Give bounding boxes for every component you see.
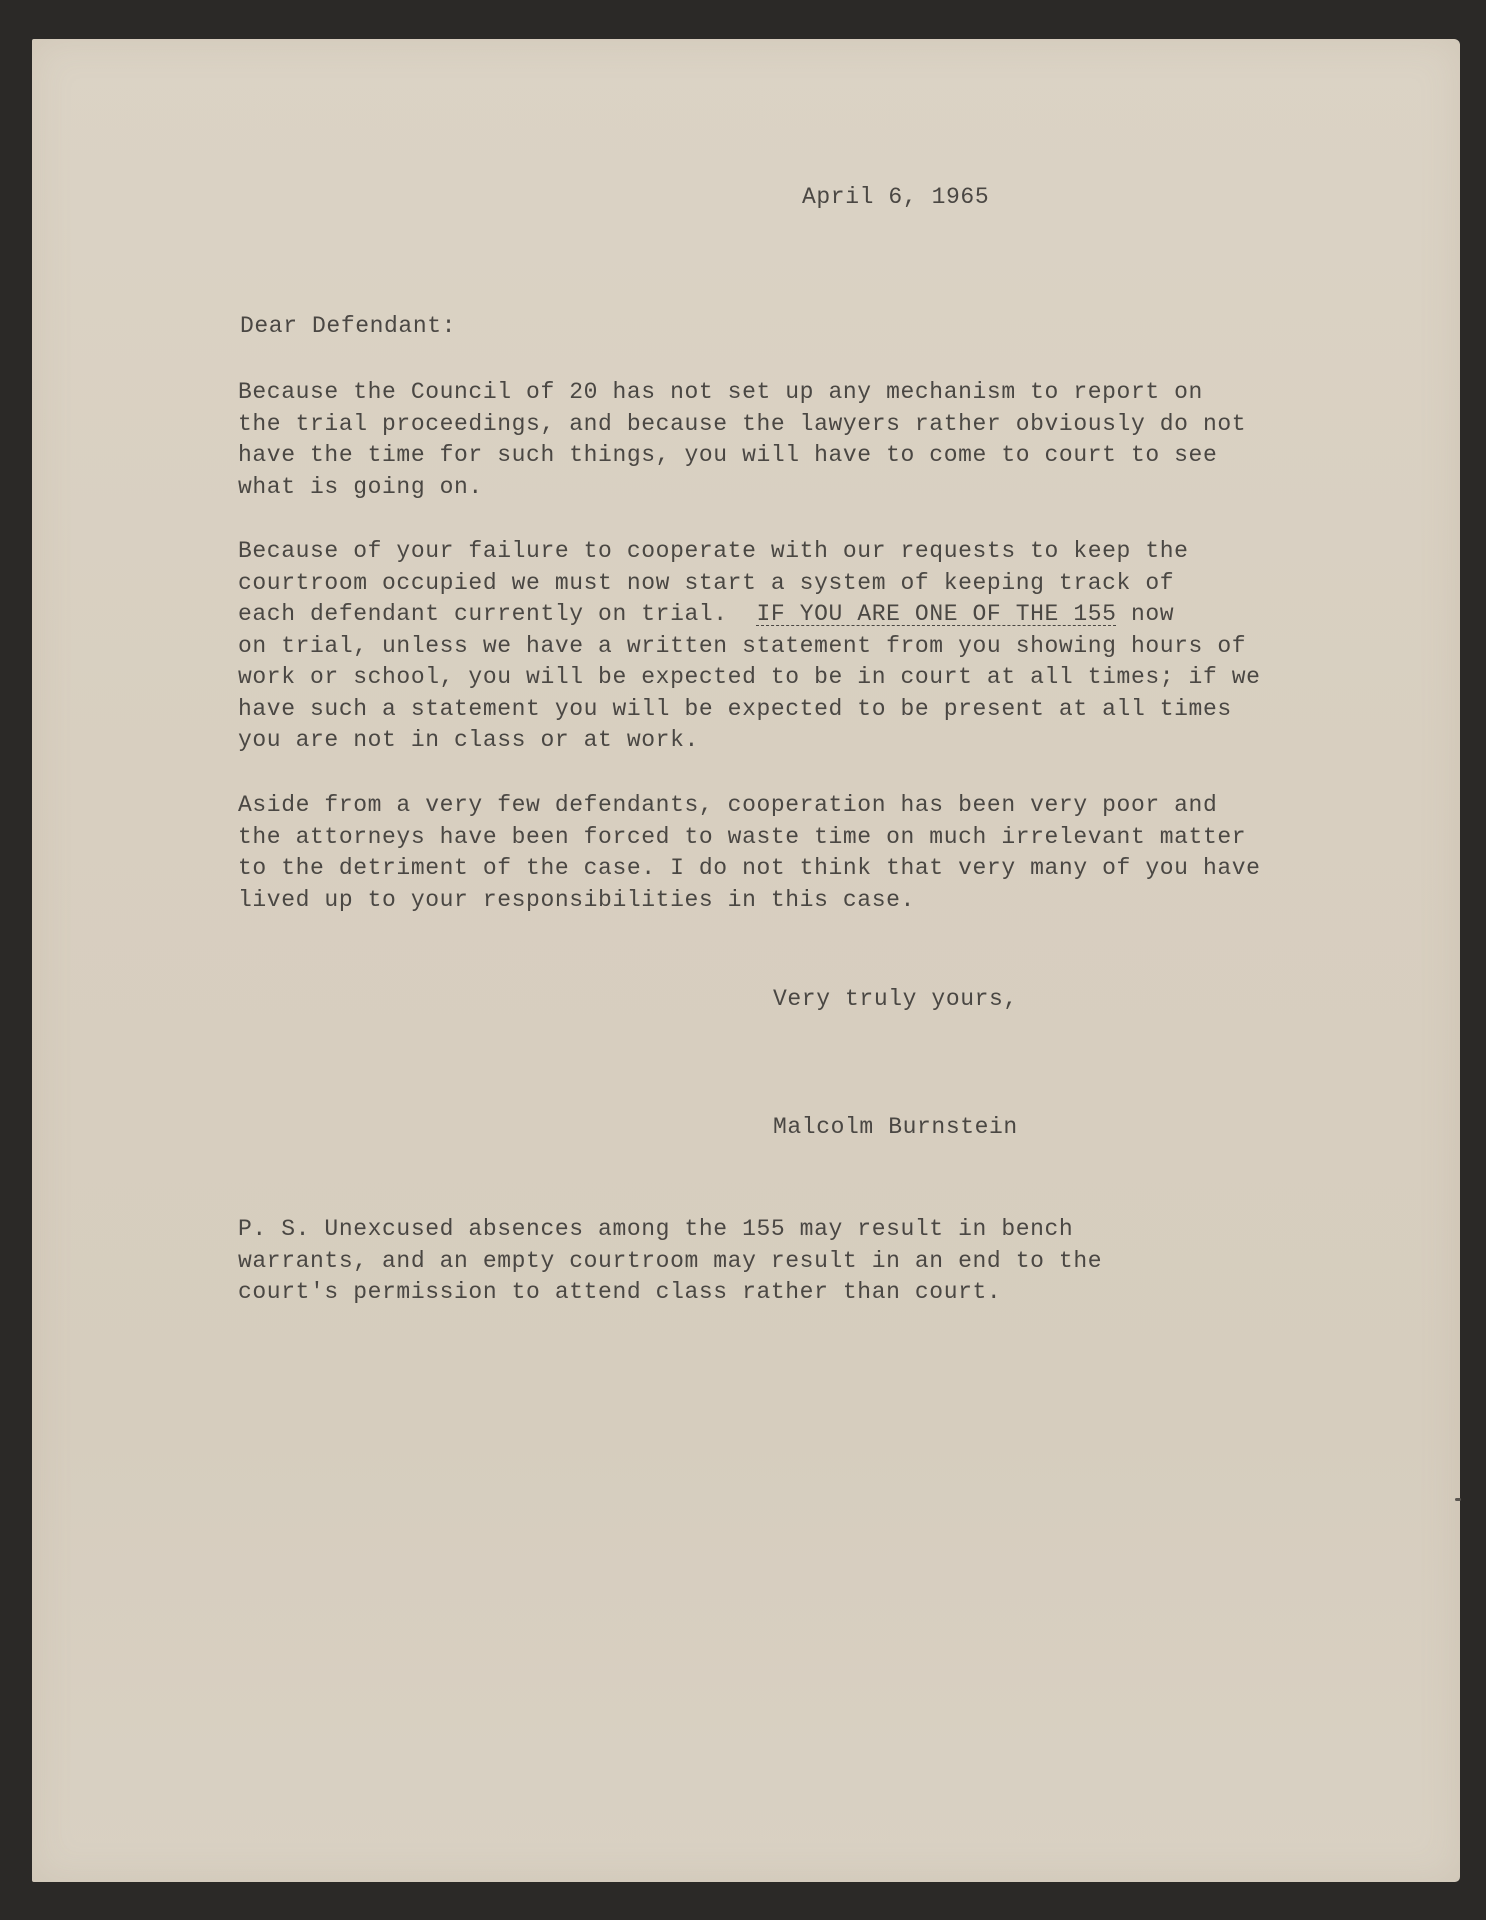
- paragraph-line: have such a statement you will be expect…: [238, 694, 1261, 726]
- postscript-line: P. S. Unexcused absences among the 155 m…: [238, 1214, 1102, 1246]
- paragraph-line: to the detriment of the case. I do not t…: [238, 853, 1261, 885]
- salutation: Dear Defendant:: [240, 311, 456, 343]
- paragraph-line: what is going on.: [238, 472, 1246, 504]
- paragraph-line: each defendant currently on trial. IF YO…: [238, 599, 1261, 631]
- signature: Malcolm Burnstein: [773, 1112, 1018, 1144]
- paragraph-line: lived up to your responsibilities in thi…: [238, 885, 1261, 917]
- postscript: P. S. Unexcused absences among the 155 m…: [238, 1214, 1102, 1309]
- paragraph-3: Aside from a very few defendants, cooper…: [238, 790, 1261, 916]
- paragraph-line: courtroom occupied we must now start a s…: [238, 568, 1261, 600]
- closing: Very truly yours,: [773, 984, 1018, 1016]
- letter-date: April 6, 1965: [802, 182, 989, 214]
- paragraph-line: Because the Council of 20 has not set up…: [238, 377, 1246, 409]
- paragraph-line: work or school, you will be expected to …: [238, 662, 1261, 694]
- paper-mark: [1455, 1498, 1461, 1501]
- emphasis-underlined: IF YOU ARE ONE OF THE 155: [757, 601, 1117, 627]
- paragraph-line: the attorneys have been forced to waste …: [238, 822, 1261, 854]
- emphasis-tail: now: [1131, 601, 1174, 627]
- paragraph-line: Because of your failure to cooperate wit…: [238, 536, 1261, 568]
- paragraph-line: on trial, unless we have a written state…: [238, 631, 1261, 663]
- paragraph-line: the trial proceedings, and because the l…: [238, 409, 1246, 441]
- paragraph-line-text: each defendant currently on trial.: [238, 601, 728, 627]
- paragraph-1: Because the Council of 20 has not set up…: [238, 377, 1246, 503]
- postscript-line: court's permission to attend class rathe…: [238, 1277, 1102, 1309]
- paragraph-line: Aside from a very few defendants, cooper…: [238, 790, 1261, 822]
- postscript-line: warrants, and an empty courtroom may res…: [238, 1246, 1102, 1278]
- paragraph-2: Because of your failure to cooperate wit…: [238, 536, 1261, 757]
- paragraph-line: have the time for such things, you will …: [238, 440, 1246, 472]
- paragraph-line: you are not in class or at work.: [238, 725, 1261, 757]
